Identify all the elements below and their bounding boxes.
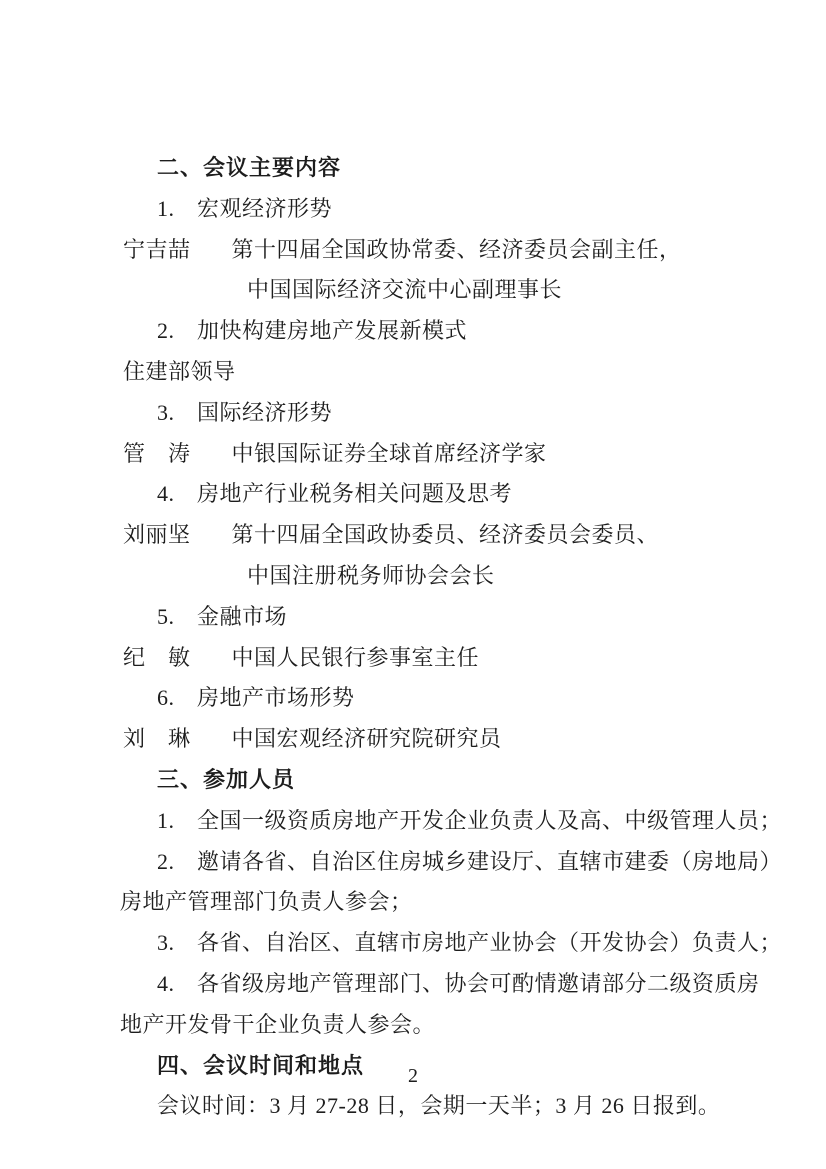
agenda-item-6: 6. 房地产市场形势 — [120, 678, 720, 719]
participant-item-4-continuation: 地产开发骨干企业负责人参会。 — [120, 1005, 720, 1046]
participant-item-1: 1. 全国一级资质房地产开发企业负责人及高、中级管理人员； — [120, 801, 720, 842]
heading-meeting-main-content: 二、会议主要内容 — [120, 148, 720, 189]
speaker-title: 中国人民银行参事室主任 — [232, 645, 480, 670]
speaker-name: 宁吉喆 — [123, 230, 191, 271]
speaker-line-ji-min: 纪 敏中国人民银行参事室主任 — [120, 638, 720, 679]
agenda-item-3: 3. 国际经济形势 — [120, 393, 720, 434]
speaker-title: 中银国际证券全球首席经济学家 — [232, 441, 547, 466]
agenda-item-5: 5. 金融市场 — [120, 597, 720, 638]
agenda-item-1: 1. 宏观经济形势 — [120, 189, 720, 230]
speaker-title: 第十四届全国政协常委、经济委员会副主任， — [232, 237, 682, 262]
speaker-name: 刘丽坚 — [123, 515, 191, 556]
document-body: 二、会议主要内容 1. 宏观经济形势 宁吉喆第十四届全国政协常委、经济委员会副主… — [120, 148, 720, 1127]
participant-item-3: 3. 各省、自治区、直辖市房地产业协会（开发协会）负责人； — [120, 923, 720, 964]
meeting-time-line: 会议时间：3 月 27-28 日，会期一天半；3 月 26 日报到。 — [120, 1086, 720, 1127]
speaker-line-mohurd-leader: 住建部领导 — [120, 352, 720, 393]
page-number: 2 — [0, 1064, 826, 1088]
speaker-title-continuation: 中国国际经济交流中心副理事长 — [120, 270, 720, 311]
speaker-title: 中国宏观经济研究院研究员 — [232, 726, 502, 751]
speaker-line-ning-jizhe: 宁吉喆第十四届全国政协常委、经济委员会副主任， — [120, 230, 720, 271]
agenda-item-4: 4. 房地产行业税务相关问题及思考 — [120, 474, 720, 515]
speaker-name: 管 涛 — [123, 434, 191, 475]
participant-item-2-continuation: 房地产管理部门负责人参会； — [120, 882, 720, 923]
speaker-name: 纪 敏 — [123, 638, 191, 679]
participant-item-4: 4. 各省级房地产管理部门、协会可酌情邀请部分二级资质房 — [120, 964, 720, 1005]
speaker-line-liu-lin: 刘 琳中国宏观经济研究院研究员 — [120, 719, 720, 760]
agenda-item-2: 2. 加快构建房地产发展新模式 — [120, 311, 720, 352]
participant-item-2: 2. 邀请各省、自治区住房城乡建设厅、直辖市建委（房地局） — [120, 842, 720, 883]
speaker-title: 第十四届全国政协委员、经济委员会委员、 — [232, 522, 660, 547]
speaker-line-liu-lijian: 刘丽坚第十四届全国政协委员、经济委员会委员、 — [120, 515, 720, 556]
speaker-name: 刘 琳 — [123, 719, 191, 760]
document-page: 二、会议主要内容 1. 宏观经济形势 宁吉喆第十四届全国政协常委、经济委员会副主… — [0, 0, 826, 1169]
speaker-line-guan-tao: 管 涛中银国际证券全球首席经济学家 — [120, 434, 720, 475]
heading-participants: 三、参加人员 — [120, 760, 720, 801]
speaker-title-continuation: 中国注册税务师协会会长 — [120, 556, 720, 597]
